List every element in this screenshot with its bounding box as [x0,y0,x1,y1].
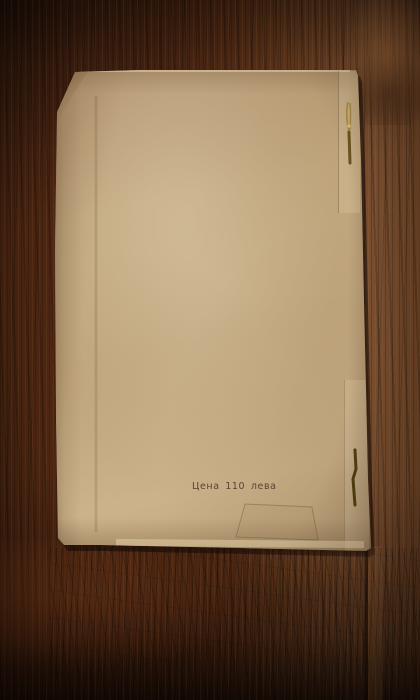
staple-bottom [350,447,360,509]
wood-plank-seam-light [368,546,382,700]
photo-scene: Цена 110 лева [0,0,420,700]
paper-crease-left [94,96,98,532]
staple-top [343,100,357,168]
pencil-outline [232,499,322,545]
book-back-cover: Цена 110 лева [54,68,372,552]
price-text: Цена 110 лева [192,481,277,492]
